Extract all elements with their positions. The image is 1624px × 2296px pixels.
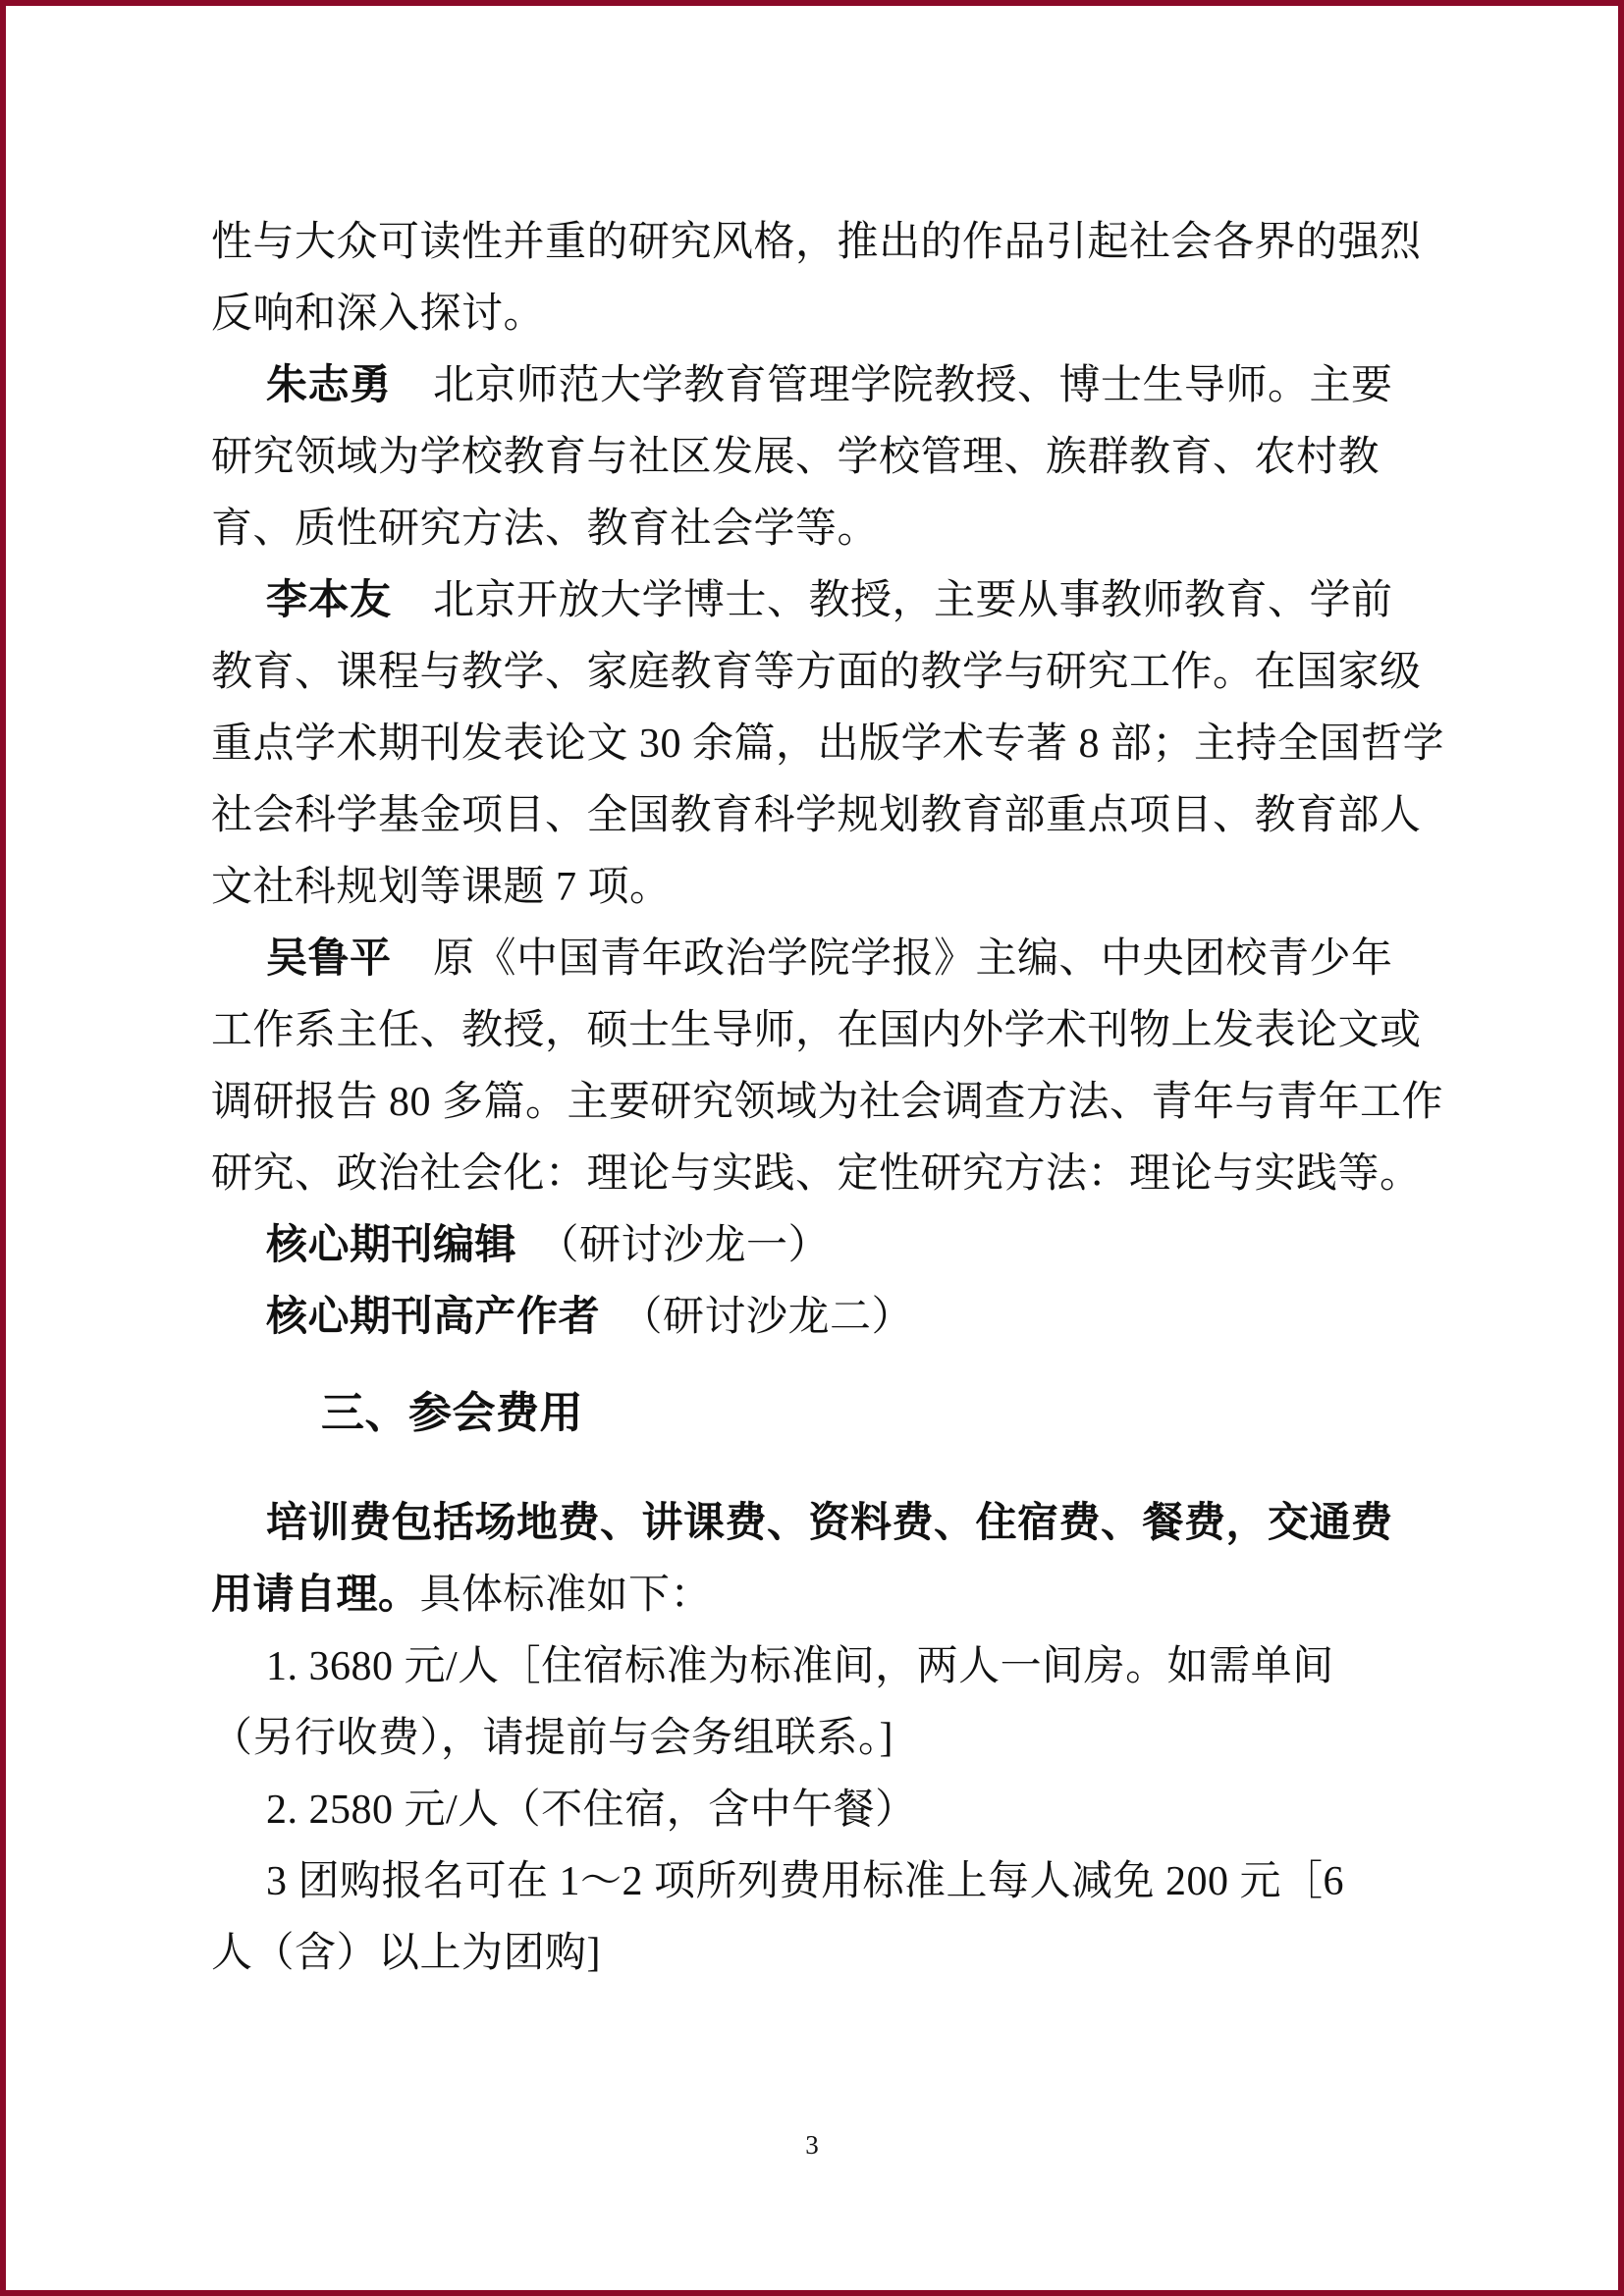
text-segment: （研讨沙龙一） — [516, 1223, 830, 1268]
text-line: 育、质性研究方法、教育社会学等。 — [211, 494, 1468, 565]
page-number: 3 — [6, 2125, 1618, 2164]
text-segment: 3 团购报名可在 1～2 项所列费用标准上每人减免 200 元［6 — [266, 1859, 1344, 1904]
text-segment: 育、质性研究方法、教育社会学等。 — [211, 507, 879, 552]
text-segment: 反响和深入探讨。 — [211, 292, 545, 337]
text-segment: 三、参会费用 — [321, 1389, 583, 1437]
text-line: 文社科规划等课题 7 项。 — [211, 852, 1468, 924]
text-line: 朱志勇 北京师范大学教育管理学院教授、博士生导师。主要 — [211, 350, 1468, 422]
text-segment: 原《中国青年政治学院学报》主编、中央团校青少年 — [392, 936, 1393, 982]
text-line: 重点学术期刊发表论文 30 余篇，出版学术专著 8 部；主持全国哲学 — [211, 709, 1468, 780]
text-segment: 研究领域为学校教育与社区发展、学校管理、族群教育、农村教 — [211, 435, 1380, 480]
text-line: 性与大众可读性并重的研究风格，推出的作品引起社会各界的强烈 — [211, 207, 1468, 279]
section-heading: 三、参会费用 — [211, 1377, 1468, 1449]
document-body: 性与大众可读性并重的研究风格，推出的作品引起社会各界的强烈反响和深入探讨。朱志勇… — [211, 207, 1468, 1990]
text-segment: 2. 2580 元/人（不住宿，含中午餐） — [266, 1788, 917, 1833]
text-line: 李本友 北京开放大学博士、教授，主要从事教师教育、学前 — [211, 565, 1468, 637]
text-line: 吴鲁平 原《中国青年政治学院学报》主编、中央团校青少年 — [211, 924, 1468, 995]
text-line: 3 团购报名可在 1～2 项所列费用标准上每人减免 200 元［6 — [211, 1846, 1468, 1918]
text-segment: 人（含）以上为团购] — [211, 1931, 601, 1976]
text-line: 教育、课程与教学、家庭教育等方面的教学与研究工作。在国家级 — [211, 637, 1468, 709]
text-line: 工作系主任、教授，硕士生导师，在国内外学术刊物上发表论文或 — [211, 995, 1468, 1067]
text-segment: 社会科学基金项目、全国教育科学规划教育部重点项目、教育部人 — [211, 793, 1422, 838]
text-segment: 具体标准如下： — [420, 1573, 713, 1618]
text-segment: 北京开放大学博士、教授，主要从事教师教育、学前 — [392, 578, 1393, 623]
text-line: 反响和深入探讨。 — [211, 279, 1468, 350]
text-segment: 朱志勇 — [266, 363, 392, 408]
text-segment: 核心期刊高产作者 — [266, 1295, 600, 1340]
text-segment: 工作系主任、教授，硕士生导师，在国内外学术刊物上发表论文或 — [211, 1008, 1422, 1053]
text-line: 研究、政治社会化：理论与实践、定性研究方法：理论与实践等。 — [211, 1139, 1468, 1210]
text-line: 培训费包括场地费、讲课费、资料费、住宿费、餐费，交通费 — [211, 1488, 1468, 1560]
text-segment: 1. 3680 元/人［住宿标准为标准间，两人一间房。如需单间 — [266, 1644, 1334, 1689]
document-page: 性与大众可读性并重的研究风格，推出的作品引起社会各界的强烈反响和深入探讨。朱志勇… — [0, 0, 1624, 2296]
text-segment: 李本友 — [266, 578, 392, 623]
text-line: 研究领域为学校教育与社区发展、学校管理、族群教育、农村教 — [211, 422, 1468, 494]
text-segment: 重点学术期刊发表论文 30 余篇，出版学术专著 8 部；主持全国哲学 — [211, 721, 1444, 767]
text-segment: 用请自理。 — [211, 1573, 420, 1618]
text-segment: 性与大众可读性并重的研究风格，推出的作品引起社会各界的强烈 — [211, 220, 1422, 265]
text-line: 调研报告 80 多篇。主要研究领域为社会调查方法、青年与青年工作 — [211, 1067, 1468, 1139]
text-segment: 培训费包括场地费、讲课费、资料费、住宿费、餐费，交通费 — [266, 1501, 1393, 1546]
text-segment: （研讨沙龙二） — [600, 1295, 913, 1340]
text-segment: 调研报告 80 多篇。主要研究领域为社会调查方法、青年与青年工作 — [211, 1080, 1443, 1125]
text-line: 用请自理。具体标准如下： — [211, 1560, 1468, 1631]
text-segment: 北京师范大学教育管理学院教授、博士生导师。主要 — [392, 363, 1393, 408]
text-segment: 吴鲁平 — [266, 936, 392, 982]
text-line: 核心期刊高产作者 （研讨沙龙二） — [211, 1282, 1468, 1354]
text-segment: 教育、课程与教学、家庭教育等方面的教学与研究工作。在国家级 — [211, 650, 1422, 695]
text-line: （另行收费），请提前与会务组联系。] — [211, 1703, 1468, 1775]
text-line: 2. 2580 元/人（不住宿，含中午餐） — [211, 1775, 1468, 1846]
text-segment: （另行收费），请提前与会务组联系。] — [211, 1716, 893, 1761]
text-line: 核心期刊编辑 （研讨沙龙一） — [211, 1210, 1468, 1282]
text-segment: 研究、政治社会化：理论与实践、定性研究方法：理论与实践等。 — [211, 1151, 1422, 1197]
text-segment: 文社科规划等课题 7 项。 — [211, 865, 672, 910]
text-line: 1. 3680 元/人［住宿标准为标准间，两人一间房。如需单间 — [211, 1631, 1468, 1703]
text-line: 人（含）以上为团购] — [211, 1918, 1468, 1990]
text-line: 社会科学基金项目、全国教育科学规划教育部重点项目、教育部人 — [211, 780, 1468, 852]
text-segment: 核心期刊编辑 — [266, 1223, 516, 1268]
